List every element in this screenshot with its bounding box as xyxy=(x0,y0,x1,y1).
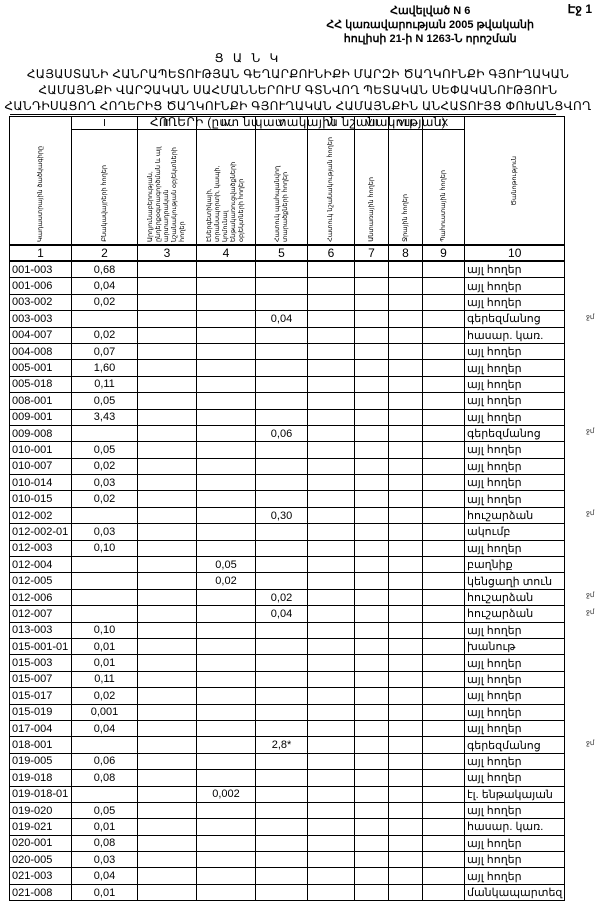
reserve-lands-cell xyxy=(423,475,465,491)
protected-lands-cell xyxy=(256,261,308,278)
infrastructure-lands-cell xyxy=(197,294,256,310)
settlement-lands-cell: 0,001 xyxy=(72,704,138,720)
settlement-lands-cell: 0,01 xyxy=(72,638,138,654)
water-lands-cell xyxy=(389,557,423,573)
cadastral-code-cell: 015-001-01 xyxy=(10,638,72,654)
protected-lands-cell xyxy=(256,294,308,310)
special-lands-cell xyxy=(308,311,355,327)
infrastructure-lands-cell xyxy=(197,671,256,687)
water-lands-cell xyxy=(389,343,423,359)
industrial-lands-cell xyxy=(138,737,197,753)
infrastructure-lands-cell: 0,05 xyxy=(197,557,256,573)
infrastructure-lands-cell xyxy=(197,655,256,671)
water-lands-cell xyxy=(389,770,423,786)
protected-lands-cell xyxy=(256,557,308,573)
protected-lands-cell xyxy=(256,491,308,507)
infrastructure-lands-cell xyxy=(197,704,256,720)
cadastral-code-cell: 015-017 xyxy=(10,688,72,704)
special-lands-cell xyxy=(308,589,355,605)
special-lands-cell xyxy=(308,409,355,425)
cadastral-code-cell: 005-001 xyxy=(10,360,72,376)
note-cell: այլ հողեր xyxy=(465,343,565,359)
list-heading: Ց Ա Ն Կ xyxy=(0,50,596,66)
table-row: 009-0080,06գերեզմանոց xyxy=(10,425,565,441)
special-lands-cell xyxy=(308,786,355,802)
settlement-lands-cell: 0,10 xyxy=(72,540,138,556)
settlement-lands-cell: 0,03 xyxy=(72,475,138,491)
water-lands-cell xyxy=(389,720,423,736)
table-row: 020-0010,08այլ հողեր xyxy=(10,835,565,851)
reserve-lands-cell xyxy=(423,606,465,622)
industrial-lands-cell xyxy=(138,655,197,671)
forest-lands-cell xyxy=(355,770,389,786)
reserve-lands-cell xyxy=(423,294,465,310)
forest-lands-cell xyxy=(355,524,389,540)
reserve-lands-cell xyxy=(423,491,465,507)
settlement-lands-cell xyxy=(72,573,138,589)
table-row: 008-0010,05այլ հողեր xyxy=(10,393,565,409)
cadastral-code-cell: 004-007 xyxy=(10,327,72,343)
industrial-lands-cell xyxy=(138,589,197,605)
table-row: 010-0140,03այլ հողեր xyxy=(10,475,565,491)
title-divider xyxy=(10,114,556,115)
table-row: 015-0030,01այլ հողեր xyxy=(10,655,565,671)
annex-line-3: հուլիսի 21-ի N 1263-Ն որոշման xyxy=(326,32,534,46)
note-cell: մանկապարտեզ xyxy=(465,884,565,900)
reserve-lands-cell xyxy=(423,786,465,802)
cadastral-code-cell: 010-015 xyxy=(10,491,72,507)
cadastral-code-cell: 015-019 xyxy=(10,704,72,720)
forest-lands-cell xyxy=(355,835,389,851)
infrastructure-lands-cell xyxy=(197,540,256,556)
water-lands-cell xyxy=(389,409,423,425)
industrial-lands-cell xyxy=(138,688,197,704)
special-lands-cell xyxy=(308,458,355,474)
table-row: 005-0011,60այլ հողեր xyxy=(10,360,565,376)
forest-lands-cell xyxy=(355,606,389,622)
note-cell: այլ հողեր xyxy=(465,261,565,278)
settlement-lands-cell: 0,01 xyxy=(72,655,138,671)
table-row: 013-0030,10այլ հողեր xyxy=(10,622,565,638)
settlement-lands-cell: 0,11 xyxy=(72,671,138,687)
infrastructure-lands-cell xyxy=(197,425,256,441)
reserve-lands-cell xyxy=(423,770,465,786)
industrial-lands-cell xyxy=(138,606,197,622)
cadastral-code-cell: 015-007 xyxy=(10,671,72,687)
infrastructure-lands-cell xyxy=(197,343,256,359)
reserve-lands-cell xyxy=(423,557,465,573)
header-note: Ծանոթություն xyxy=(465,117,565,246)
protected-lands-cell: 0,06 xyxy=(256,425,308,441)
industrial-lands-cell xyxy=(138,507,197,523)
infrastructure-lands-cell xyxy=(197,261,256,278)
infrastructure-lands-cell: 0,02 xyxy=(197,573,256,589)
table-row: 009-0013,43այլ հողեր xyxy=(10,409,565,425)
settlement-lands-cell xyxy=(72,311,138,327)
reserve-lands-cell xyxy=(423,704,465,720)
protected-lands-cell xyxy=(256,573,308,589)
protected-lands-cell xyxy=(256,688,308,704)
water-lands-cell xyxy=(389,261,423,278)
special-lands-cell xyxy=(308,606,355,622)
protected-lands-cell xyxy=(256,884,308,900)
industrial-lands-cell xyxy=(138,360,197,376)
protected-lands-cell xyxy=(256,720,308,736)
forest-lands-cell xyxy=(355,884,389,900)
special-lands-cell xyxy=(308,753,355,769)
cadastral-code-cell: 010-001 xyxy=(10,442,72,458)
water-lands-cell xyxy=(389,884,423,900)
protected-lands-cell xyxy=(256,540,308,556)
note-cell: այլ հողեր xyxy=(465,688,565,704)
settlement-lands-cell: 0,08 xyxy=(72,835,138,851)
industrial-lands-cell xyxy=(138,475,197,491)
special-lands-cell xyxy=(308,343,355,359)
reserve-lands-cell xyxy=(423,868,465,884)
protected-lands-cell xyxy=(256,753,308,769)
water-lands-cell xyxy=(389,458,423,474)
water-lands-cell xyxy=(389,753,423,769)
cadastral-code-cell: 012-006 xyxy=(10,589,72,605)
protected-lands-cell: 0,04 xyxy=(256,606,308,622)
note-cell: այլ հողեր xyxy=(465,753,565,769)
special-lands-cell xyxy=(308,442,355,458)
water-lands-cell xyxy=(389,655,423,671)
col-number: 2 xyxy=(72,245,138,261)
forest-lands-cell xyxy=(355,573,389,589)
industrial-lands-cell xyxy=(138,540,197,556)
protected-lands-cell xyxy=(256,868,308,884)
industrial-lands-cell xyxy=(138,884,197,900)
protected-lands-cell xyxy=(256,655,308,671)
industrial-lands-cell xyxy=(138,704,197,720)
table-row: 019-0050,06այլ հողեր xyxy=(10,753,565,769)
note-cell: այլ հողեր xyxy=(465,802,565,818)
forest-lands-cell xyxy=(355,852,389,868)
margin-mark: ջմ xyxy=(586,313,594,321)
industrial-lands-cell xyxy=(138,458,197,474)
note-cell: այլ հողեր xyxy=(465,540,565,556)
note-cell: այլ հողեր xyxy=(465,835,565,851)
annex-header: Հավելված N 6 ՀՀ կառավարության 2005 թվակա… xyxy=(326,4,534,46)
industrial-lands-cell xyxy=(138,278,197,294)
cadastral-code-cell: 021-003 xyxy=(10,868,72,884)
protected-lands-cell xyxy=(256,327,308,343)
cadastral-code-cell: 012-007 xyxy=(10,606,72,622)
header-settlement-lands: Բնակավայրերի հողեր xyxy=(72,130,138,246)
note-cell: այլ հողեր xyxy=(465,442,565,458)
cadastral-code-cell: 012-002 xyxy=(10,507,72,523)
forest-lands-cell xyxy=(355,786,389,802)
reserve-lands-cell xyxy=(423,688,465,704)
table-row: 003-0020,02այլ հողեր xyxy=(10,294,565,310)
cadastral-code-cell: 005-018 xyxy=(10,376,72,392)
settlement-lands-cell: 0,04 xyxy=(72,868,138,884)
forest-lands-cell xyxy=(355,376,389,392)
infrastructure-lands-cell xyxy=(197,606,256,622)
header-water-lands: Ջրային հողեր xyxy=(389,130,423,246)
table-row: 017-0040,04այլ հողեր xyxy=(10,720,565,736)
note-cell: այլ հողեր xyxy=(465,278,565,294)
reserve-lands-cell xyxy=(423,720,465,736)
infrastructure-lands-cell xyxy=(197,720,256,736)
special-lands-cell xyxy=(308,802,355,818)
reserve-lands-cell xyxy=(423,360,465,376)
roman-VIII: VIII xyxy=(389,117,423,130)
land-list-table: Կադաստրային ծածկագիրը I III IV V VI VII … xyxy=(9,116,565,901)
infrastructure-lands-cell xyxy=(197,278,256,294)
table-row: 012-0060,02հուշարձան xyxy=(10,589,565,605)
forest-lands-cell xyxy=(355,720,389,736)
forest-lands-cell xyxy=(355,819,389,835)
header-infrastructure-lands: Էներգետիկայի, տրանսպորտի, կապի, կոմունալ… xyxy=(197,130,256,246)
industrial-lands-cell xyxy=(138,638,197,654)
cadastral-code-cell: 018-001 xyxy=(10,737,72,753)
industrial-lands-cell xyxy=(138,491,197,507)
settlement-lands-cell: 0,02 xyxy=(72,294,138,310)
reserve-lands-cell xyxy=(423,442,465,458)
forest-lands-cell xyxy=(355,704,389,720)
water-lands-cell xyxy=(389,852,423,868)
special-lands-cell xyxy=(308,294,355,310)
infrastructure-lands-cell xyxy=(197,507,256,523)
infrastructure-lands-cell xyxy=(197,442,256,458)
page-number-label: Էջ 1 xyxy=(568,2,592,16)
protected-lands-cell xyxy=(256,343,308,359)
cadastral-code-cell: 019-021 xyxy=(10,819,72,835)
forest-lands-cell xyxy=(355,802,389,818)
settlement-lands-cell: 1,60 xyxy=(72,360,138,376)
industrial-lands-cell xyxy=(138,852,197,868)
reserve-lands-cell xyxy=(423,261,465,278)
note-cell: գերեզմանոց xyxy=(465,737,565,753)
note-cell: կենցաղի տուն xyxy=(465,573,565,589)
water-lands-cell xyxy=(389,786,423,802)
table-row: 019-0210,01հասար. կառ. xyxy=(10,819,565,835)
water-lands-cell xyxy=(389,442,423,458)
protected-lands-cell xyxy=(256,622,308,638)
table-row: 015-0170,02այլ հողեր xyxy=(10,688,565,704)
water-lands-cell xyxy=(389,524,423,540)
forest-lands-cell xyxy=(355,491,389,507)
infrastructure-lands-cell xyxy=(197,868,256,884)
infrastructure-lands-cell xyxy=(197,524,256,540)
forest-lands-cell xyxy=(355,557,389,573)
industrial-lands-cell xyxy=(138,671,197,687)
forest-lands-cell xyxy=(355,671,389,687)
col-number: 1 xyxy=(10,245,72,261)
cadastral-code-cell: 004-008 xyxy=(10,343,72,359)
header-industrial-lands: Արդյունաբերության, ընդերքօգտագործման և ա… xyxy=(138,130,197,246)
special-lands-cell xyxy=(308,475,355,491)
note-cell: այլ հողեր xyxy=(465,720,565,736)
settlement-lands-cell: 3,43 xyxy=(72,409,138,425)
forest-lands-cell xyxy=(355,261,389,278)
special-lands-cell xyxy=(308,638,355,654)
industrial-lands-cell xyxy=(138,524,197,540)
water-lands-cell xyxy=(389,638,423,654)
settlement-lands-cell xyxy=(72,786,138,802)
forest-lands-cell xyxy=(355,753,389,769)
water-lands-cell xyxy=(389,737,423,753)
water-lands-cell xyxy=(389,360,423,376)
note-cell: այլ հողեր xyxy=(465,376,565,392)
forest-lands-cell xyxy=(355,294,389,310)
cadastral-code-cell: 001-003 xyxy=(10,261,72,278)
roman-header-row: Կադաստրային ծածկագիրը I III IV V VI VII … xyxy=(10,117,565,130)
reserve-lands-cell xyxy=(423,737,465,753)
protected-lands-cell xyxy=(256,852,308,868)
note-cell: այլ հողեր xyxy=(465,294,565,310)
reserve-lands-cell xyxy=(423,327,465,343)
forest-lands-cell xyxy=(355,343,389,359)
reserve-lands-cell xyxy=(423,507,465,523)
infrastructure-lands-cell xyxy=(197,737,256,753)
reserve-lands-cell xyxy=(423,819,465,835)
title-line-3: ՀԱՆԴԻՍԱՑՈՂ ՀՈՂԵՐԻՑ ԾԱՂԿՈՒՆՔԻ ԳՅՈՒՂԱԿԱՆ Հ… xyxy=(0,98,596,114)
table-row: 020-0050,03այլ հողեր xyxy=(10,852,565,868)
table-row: 003-0030,04գերեզմանոց xyxy=(10,311,565,327)
note-cell: խանութ xyxy=(465,638,565,654)
water-lands-cell xyxy=(389,671,423,687)
reserve-lands-cell xyxy=(423,622,465,638)
table-row: 019-0200,05այլ հողեր xyxy=(10,802,565,818)
water-lands-cell xyxy=(389,704,423,720)
table-row: 010-0150,02այլ հողեր xyxy=(10,491,565,507)
reserve-lands-cell xyxy=(423,376,465,392)
forest-lands-cell xyxy=(355,393,389,409)
note-cell: ակումբ xyxy=(465,524,565,540)
protected-lands-cell xyxy=(256,704,308,720)
water-lands-cell xyxy=(389,278,423,294)
infrastructure-lands-cell xyxy=(197,311,256,327)
special-lands-cell xyxy=(308,622,355,638)
infrastructure-lands-cell xyxy=(197,327,256,343)
forest-lands-cell xyxy=(355,360,389,376)
table-row: 001-0030,68այլ հողեր xyxy=(10,261,565,278)
forest-lands-cell xyxy=(355,638,389,654)
special-lands-cell xyxy=(308,852,355,868)
settlement-lands-cell xyxy=(72,737,138,753)
infrastructure-lands-cell xyxy=(197,852,256,868)
forest-lands-cell xyxy=(355,507,389,523)
cadastral-code-cell: 012-005 xyxy=(10,573,72,589)
protected-lands-cell xyxy=(256,376,308,392)
table-row: 004-0080,07այլ հողեր xyxy=(10,343,565,359)
forest-lands-cell xyxy=(355,475,389,491)
cadastral-code-cell: 012-002-01 xyxy=(10,524,72,540)
annex-line-2: ՀՀ կառավարության 2005 թվականի xyxy=(326,18,534,32)
industrial-lands-cell xyxy=(138,343,197,359)
infrastructure-lands-cell xyxy=(197,770,256,786)
water-lands-cell xyxy=(389,540,423,556)
water-lands-cell xyxy=(389,819,423,835)
reserve-lands-cell xyxy=(423,671,465,687)
infrastructure-lands-cell xyxy=(197,393,256,409)
cadastral-code-cell: 017-004 xyxy=(10,720,72,736)
settlement-lands-cell: 0,05 xyxy=(72,802,138,818)
table-row: 005-0180,11այլ հողեր xyxy=(10,376,565,392)
special-lands-cell xyxy=(308,737,355,753)
industrial-lands-cell xyxy=(138,753,197,769)
special-lands-cell xyxy=(308,573,355,589)
cadastral-code-cell: 003-003 xyxy=(10,311,72,327)
cadastral-code-cell: 019-020 xyxy=(10,802,72,818)
water-lands-cell xyxy=(389,376,423,392)
special-lands-cell xyxy=(308,819,355,835)
settlement-lands-cell: 0,03 xyxy=(72,852,138,868)
roman-III: III xyxy=(138,117,197,130)
special-lands-cell xyxy=(308,327,355,343)
infrastructure-lands-cell xyxy=(197,491,256,507)
cadastral-code-cell: 003-002 xyxy=(10,294,72,310)
table-row: 021-0080,01մանկապարտեզ xyxy=(10,884,565,900)
settlement-lands-cell xyxy=(72,425,138,441)
roman-I: I xyxy=(72,117,138,130)
settlement-lands-cell: 0,04 xyxy=(72,720,138,736)
water-lands-cell xyxy=(389,573,423,589)
settlement-lands-cell: 0,02 xyxy=(72,688,138,704)
note-cell: այլ հողեր xyxy=(465,655,565,671)
roman-V: V xyxy=(256,117,308,130)
protected-lands-cell: 2,8* xyxy=(256,737,308,753)
reserve-lands-cell xyxy=(423,852,465,868)
note-cell: այլ հողեր xyxy=(465,409,565,425)
infrastructure-lands-cell xyxy=(197,360,256,376)
industrial-lands-cell xyxy=(138,327,197,343)
protected-lands-cell xyxy=(256,835,308,851)
protected-lands-cell xyxy=(256,638,308,654)
settlement-lands-cell: 0,08 xyxy=(72,770,138,786)
industrial-lands-cell xyxy=(138,425,197,441)
settlement-lands-cell: 0,10 xyxy=(72,622,138,638)
reserve-lands-cell xyxy=(423,311,465,327)
note-cell: էլ. ենթակայան xyxy=(465,786,565,802)
table-row: 015-0190,001այլ հողեր xyxy=(10,704,565,720)
water-lands-cell xyxy=(389,327,423,343)
special-lands-cell xyxy=(308,655,355,671)
cadastral-code-cell: 019-005 xyxy=(10,753,72,769)
note-cell: այլ հողեր xyxy=(465,868,565,884)
col-number: 8 xyxy=(389,245,423,261)
reserve-lands-cell xyxy=(423,458,465,474)
special-lands-cell xyxy=(308,540,355,556)
cadastral-code-cell: 015-003 xyxy=(10,655,72,671)
settlement-lands-cell: 0,68 xyxy=(72,261,138,278)
forest-lands-cell xyxy=(355,327,389,343)
col-number: 4 xyxy=(197,245,256,261)
industrial-lands-cell xyxy=(138,376,197,392)
table-row: 012-0070,04հուշարձան xyxy=(10,606,565,622)
forest-lands-cell xyxy=(355,442,389,458)
cadastral-code-cell: 012-004 xyxy=(10,557,72,573)
industrial-lands-cell xyxy=(138,557,197,573)
cadastral-code-cell: 001-006 xyxy=(10,278,72,294)
water-lands-cell xyxy=(389,589,423,605)
col-number: 6 xyxy=(308,245,355,261)
roman-IX: IX xyxy=(423,117,465,130)
special-lands-cell xyxy=(308,868,355,884)
reserve-lands-cell xyxy=(423,638,465,654)
special-lands-cell xyxy=(308,425,355,441)
cadastral-code-cell: 010-014 xyxy=(10,475,72,491)
protected-lands-cell xyxy=(256,442,308,458)
special-lands-cell xyxy=(308,491,355,507)
note-cell: այլ հողեր xyxy=(465,475,565,491)
protected-lands-cell xyxy=(256,458,308,474)
industrial-lands-cell xyxy=(138,802,197,818)
water-lands-cell xyxy=(389,802,423,818)
